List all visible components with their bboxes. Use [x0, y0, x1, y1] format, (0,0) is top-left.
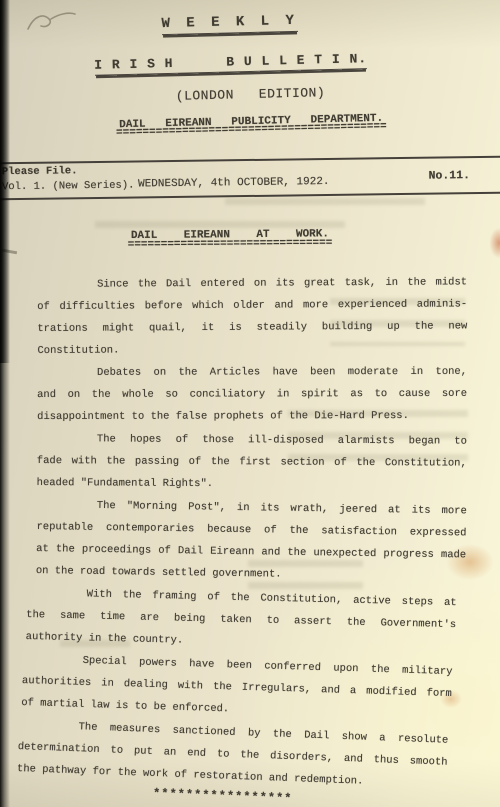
text-line: headed "Fundamental Rights". — [37, 472, 467, 497]
text-line: Since the Dail entered on its great task… — [37, 271, 467, 296]
text-line: trations might quail, it is steadily bui… — [37, 315, 467, 340]
text-line: Debates on the Articles have been modera… — [37, 361, 467, 384]
volume-label: Vol. 1. (New Series). — [2, 180, 134, 194]
issue-number: No.11. — [428, 169, 470, 183]
text-line: and on the whole so conciliatory in spir… — [37, 383, 467, 406]
scan-edge-shadow — [0, 0, 10, 807]
masthead-title-irish-bulletin: I R I S H B U L L E T I N. — [94, 51, 367, 76]
text-line: Constitution. — [37, 337, 467, 362]
paragraph: Special powers have been conferred upon … — [21, 648, 453, 727]
paragraph: The measures sanctioned by the Dail show… — [17, 714, 449, 796]
text-line: The hopes of those ill-disposed alarmist… — [37, 428, 467, 453]
text-line: of difficulties before which older and m… — [37, 293, 467, 318]
paragraph: The hopes of those ill-disposed alarmist… — [37, 428, 467, 497]
article-heading-wrap: DAIL EIREANN AT WORK. ==================… — [0, 227, 500, 253]
article-body: Since the Dail entered on its great task… — [0, 274, 500, 780]
article-heading-underline: =============================== — [128, 239, 333, 250]
paragraph: With the framing of the Constitution, ac… — [25, 582, 456, 658]
text-line: disappointment to the false prophets of … — [37, 405, 467, 428]
issue-info-band: Please File. Vol. 1. (New Series). WEDNE… — [0, 156, 500, 201]
paragraph: Since the Dail entered on its great task… — [37, 271, 468, 362]
paragraph: The "Morning Post", in its wrath, jeered… — [36, 494, 467, 588]
bleed-through-mark — [225, 198, 425, 210]
issue-date: WEDNESDAY, 4th OCTOBER, 1922. — [138, 176, 330, 191]
text-line: fade with the passing of the first secti… — [37, 450, 467, 475]
pencil-mark — [24, 8, 78, 36]
paragraph: Debates on the Articles have been modera… — [37, 361, 467, 428]
masthead-edition: (LONDON EDITION) — [0, 81, 500, 108]
scanned-document-page: W E E K L Y I R I S H B U L L E T I N. (… — [0, 0, 500, 807]
